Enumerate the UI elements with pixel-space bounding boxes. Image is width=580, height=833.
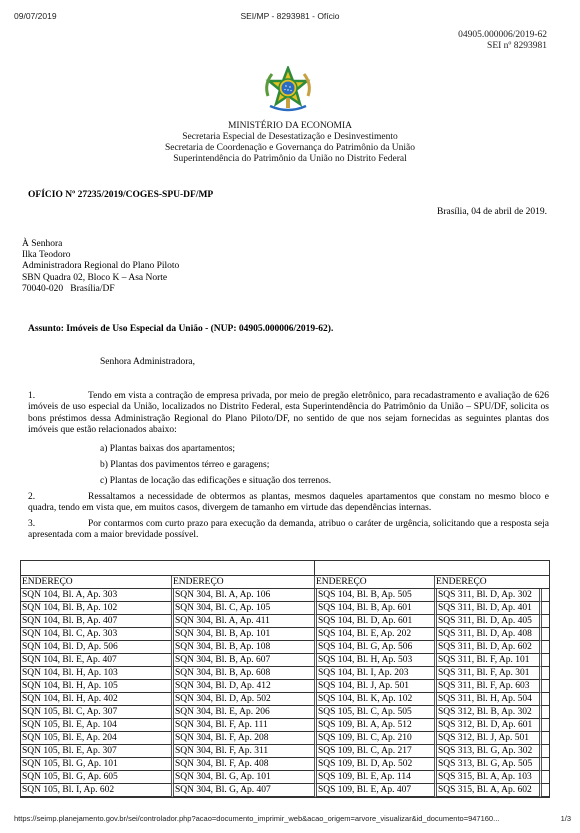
address-cell: SQN 304, Bl. B, Ap. 607 bbox=[171, 654, 314, 667]
table-row: SQN 104, Bl. B, Ap. 102SQN 304, Bl. C, A… bbox=[21, 602, 549, 615]
list-item: c) Plantas de locação das edificações e … bbox=[100, 476, 331, 486]
organization-header: MINISTÉRIO DA ECONOMIA Secretaria Especi… bbox=[0, 121, 580, 165]
paragraph-number: 2. bbox=[28, 492, 88, 503]
address-cell: SQS 109, Bl. C, Ap. 217 bbox=[314, 745, 434, 758]
address-cell: SQS 104, Bl. B, Ap. 601 bbox=[314, 602, 434, 615]
table-row: SQN 104, Bl. A, Ap. 303SQN 304, Bl. A, A… bbox=[21, 589, 549, 602]
table-row-tail bbox=[539, 745, 549, 758]
paragraph-text: Tendo em vista a contração de empresa pr… bbox=[28, 391, 549, 435]
address-cell: SQN 304, Bl. B, Ap. 608 bbox=[171, 667, 314, 680]
address-cell: SQN 105, Bl. G, Ap. 101 bbox=[21, 758, 171, 771]
table-row-tail bbox=[539, 628, 549, 641]
address-cell: SQN 104, Bl. E, Ap. 407 bbox=[21, 654, 171, 667]
subject-text: Imóveis de Uso Especial da União - (NUP:… bbox=[64, 324, 333, 334]
table-row-tail bbox=[539, 771, 549, 784]
address-cell: SQS 109, Bl. D, Ap. 502 bbox=[314, 758, 434, 771]
table-row: SQN 105, Bl. G, Ap. 605SQN 304, Bl. G, A… bbox=[21, 771, 549, 784]
subject-label: Assunto: bbox=[28, 324, 64, 334]
table-row: SQN 104, Bl. H, Ap. 402SQN 304, Bl. D, A… bbox=[21, 693, 549, 706]
address-cell: SQN 104, Bl. C, Ap. 303 bbox=[21, 628, 171, 641]
address-cell: SQS 313, Bl. G, Ap. 505 bbox=[434, 758, 539, 771]
address-table-container: ENDEREÇO ENDEREÇO ENDEREÇO ENDEREÇO SQN … bbox=[20, 560, 548, 798]
table-row-tail bbox=[539, 732, 549, 745]
table-row-tail bbox=[539, 641, 549, 654]
table-row-tail bbox=[539, 667, 549, 680]
org-superintendence: Superintendência do Patrimônio da União … bbox=[0, 154, 580, 165]
address-cell: SQN 104, Bl. B, Ap. 102 bbox=[21, 602, 171, 615]
recipient-address: À Senhora Ilka Teodoro Administradora Re… bbox=[22, 239, 179, 295]
address-cell: SQN 104, Bl. A, Ap. 303 bbox=[21, 589, 171, 602]
column-header: ENDEREÇO bbox=[434, 576, 549, 589]
address-cell: SQS 315, Bl. A, Ap. 103 bbox=[434, 771, 539, 784]
address-cell: SQS 311, Bl. F, Ap. 603 bbox=[434, 680, 539, 693]
address-cell: SQS 311, Bl. F, Ap. 301 bbox=[434, 667, 539, 680]
org-coordination: Secretaria de Coordenação e Governança d… bbox=[0, 143, 580, 154]
process-number: 04905.000006/2019-62 bbox=[458, 30, 547, 41]
table-row: SQN 105, Bl. E, Ap. 204SQN 304, Bl. F, A… bbox=[21, 732, 549, 745]
table-row: SQN 104, Bl. C, Ap. 303SQN 304, Bl. B, A… bbox=[21, 628, 549, 641]
print-header: 09/07/2019 SEI/MP - 8293981 - Ofício bbox=[0, 11, 580, 23]
address-cell: SQS 104, Bl. H, Ap. 503 bbox=[314, 654, 434, 667]
address-cell: SQS 104, Bl. J, Ap. 501 bbox=[314, 680, 434, 693]
table-row: SQN 104, Bl. E, Ap. 407SQN 304, Bl. B, A… bbox=[21, 654, 549, 667]
table-blank-row bbox=[21, 561, 549, 576]
address-cell: SQS 311, Bl. F, Ap. 101 bbox=[434, 654, 539, 667]
table-row: SQN 105, Bl. C, Ap. 307SQN 304, Bl. E, A… bbox=[21, 706, 549, 719]
address-cell: SQS 311, Bl. D, Ap. 302 bbox=[434, 589, 539, 602]
address-cell: SQN 304, Bl. A, Ap. 106 bbox=[171, 589, 314, 602]
address-cell: SQS 311, Bl. D, Ap. 602 bbox=[434, 641, 539, 654]
table-row-tail bbox=[539, 693, 549, 706]
address-cell: SQN 304, Bl. B, Ap. 108 bbox=[171, 641, 314, 654]
address-line: Administradora Regional do Plano Piloto bbox=[22, 261, 179, 272]
address-cell: SQN 105, Bl. E, Ap. 104 bbox=[21, 719, 171, 732]
address-cell: SQS 312, Bl. J, Ap. 501 bbox=[434, 732, 539, 745]
address-cell: SQN 304, Bl. G, Ap. 407 bbox=[171, 784, 314, 797]
address-cell: SQS 109, Bl. E, Ap. 114 bbox=[314, 771, 434, 784]
place-date: Brasília, 04 de abril de 2019. bbox=[437, 207, 547, 217]
address-cell: SQS 104, Bl. E, Ap. 202 bbox=[314, 628, 434, 641]
table-row: SQN 104, Bl. H, Ap. 105SQN 304, Bl. D, A… bbox=[21, 680, 549, 693]
paragraph-2: 2.Ressaltamos a necessidade de obtermos … bbox=[28, 492, 549, 515]
paragraph-number: 1. bbox=[28, 391, 88, 402]
page-number: 1/3 bbox=[561, 814, 571, 823]
address-cell: SQN 304, Bl. F, Ap. 208 bbox=[171, 732, 314, 745]
address-cell: SQN 304, Bl. A, Ap. 411 bbox=[171, 615, 314, 628]
table-row-tail bbox=[539, 589, 549, 602]
address-cell: SQS 311, Bl. D, Ap. 405 bbox=[434, 615, 539, 628]
table-row-tail bbox=[539, 758, 549, 771]
greeting: Senhora Administradora, bbox=[100, 357, 195, 367]
column-header: ENDEREÇO bbox=[314, 576, 434, 589]
address-cell: SQS 104, Bl. K, Ap. 102 bbox=[314, 693, 434, 706]
list-item: b) Plantas dos pavimentos térreo e garag… bbox=[100, 460, 269, 470]
oficio-number: OFÍCIO Nº 27235/2019/COGES-SPU-DF/MP bbox=[28, 190, 213, 200]
address-cell: SQN 104, Bl. H, Ap. 103 bbox=[21, 667, 171, 680]
table-row-tail bbox=[539, 615, 549, 628]
address-cell: SQN 105, Bl. C, Ap. 307 bbox=[21, 706, 171, 719]
paragraph-1: 1.Tendo em vista a contração de empresa … bbox=[28, 391, 549, 437]
paragraph-3: 3.Por contarmos com curto prazo para exe… bbox=[28, 519, 549, 542]
address-cell: SQS 104, Bl. B, Ap. 505 bbox=[314, 589, 434, 602]
address-cell: SQN 104, Bl. B, Ap. 407 bbox=[21, 615, 171, 628]
address-cell: SQN 304, Bl. B, Ap. 101 bbox=[171, 628, 314, 641]
address-cell: SQN 304, Bl. E, Ap. 206 bbox=[171, 706, 314, 719]
table-row: SQN 105, Bl. E, Ap. 307SQN 304, Bl. F, A… bbox=[21, 745, 549, 758]
table-row: SQN 104, Bl. D, Ap. 506SQN 304, Bl. B, A… bbox=[21, 641, 549, 654]
address-cell: SQS 109, Bl. A, Ap. 512 bbox=[314, 719, 434, 732]
paragraph-number: 3. bbox=[28, 519, 88, 530]
address-cell: SQS 109, Bl. E, Ap. 407 bbox=[314, 784, 434, 797]
subject: Assunto: Imóveis de Uso Especial da Uniã… bbox=[28, 324, 333, 334]
address-cell: SQN 105, Bl. I, Ap. 602 bbox=[21, 784, 171, 797]
address-line: SBN Quadra 02, Bloco K – Asa Norte bbox=[22, 273, 179, 284]
column-header: ENDEREÇO bbox=[21, 576, 171, 589]
table-row-tail bbox=[539, 602, 549, 615]
address-cell: SQS 311, Bl. D, Ap. 408 bbox=[434, 628, 539, 641]
table-row-tail bbox=[539, 719, 549, 732]
document-reference: 04905.000006/2019-62 SEI nº 8293981 bbox=[458, 30, 547, 52]
address-table: ENDEREÇO ENDEREÇO ENDEREÇO ENDEREÇO SQN … bbox=[20, 560, 550, 798]
org-secretariat: Secretaria Especial de Desestatização e … bbox=[0, 132, 580, 143]
address-cell: SQS 104, Bl. D, Ap. 601 bbox=[314, 615, 434, 628]
column-header: ENDEREÇO bbox=[171, 576, 314, 589]
address-line: 70040-020 Brasília/DF bbox=[22, 284, 179, 295]
table-row: SQN 104, Bl. H, Ap. 103SQN 304, Bl. B, A… bbox=[21, 667, 549, 680]
brazil-coat-of-arms-icon bbox=[262, 66, 314, 116]
address-cell: SQN 304, Bl. G, Ap. 101 bbox=[171, 771, 314, 784]
list-item: a) Plantas baixas dos apartamentos; bbox=[100, 444, 235, 454]
address-cell: SQN 304, Bl. D, Ap. 502 bbox=[171, 693, 314, 706]
address-cell: SQN 304, Bl. F, Ap. 311 bbox=[171, 745, 314, 758]
address-cell: SQS 311, Bl. D, Ap. 401 bbox=[434, 602, 539, 615]
address-cell: SQN 304, Bl. F, Ap. 408 bbox=[171, 758, 314, 771]
address-cell: SQN 104, Bl. D, Ap. 506 bbox=[21, 641, 171, 654]
table-row: SQN 105, Bl. G, Ap. 101SQN 304, Bl. F, A… bbox=[21, 758, 549, 771]
print-url: https://seimp.planejamento.gov.br/sei/co… bbox=[14, 814, 499, 823]
address-cell: SQN 105, Bl. G, Ap. 605 bbox=[21, 771, 171, 784]
table-row-tail bbox=[539, 654, 549, 667]
address-cell: SQN 105, Bl. E, Ap. 204 bbox=[21, 732, 171, 745]
address-cell: SQN 304, Bl. D, Ap. 412 bbox=[171, 680, 314, 693]
address-cell: SQS 313, Bl. G, Ap. 302 bbox=[434, 745, 539, 758]
table-header-row: ENDEREÇO ENDEREÇO ENDEREÇO ENDEREÇO bbox=[21, 576, 549, 589]
address-cell: SQN 104, Bl. H, Ap. 402 bbox=[21, 693, 171, 706]
table-row-tail bbox=[539, 784, 549, 797]
table-row-tail bbox=[539, 706, 549, 719]
address-cell: SQS 312, Bl. B, Ap. 302 bbox=[434, 706, 539, 719]
address-cell: SQS 311, Bl. H, Ap. 504 bbox=[434, 693, 539, 706]
address-cell: SQN 304, Bl. F, Ap. 111 bbox=[171, 719, 314, 732]
paragraph-text: Por contarmos com curto prazo para execu… bbox=[28, 519, 549, 540]
address-cell: SQS 109, Bl. C, Ap. 210 bbox=[314, 732, 434, 745]
print-title: SEI/MP - 8293981 - Ofício bbox=[0, 11, 580, 21]
address-cell: SQS 104, Bl. G, Ap. 506 bbox=[314, 641, 434, 654]
address-cell: SQN 304, Bl. C, Ap. 105 bbox=[171, 602, 314, 615]
address-cell: SQS 312, Bl. D, Ap. 601 bbox=[434, 719, 539, 732]
address-line: Ilka Teodoro bbox=[22, 250, 179, 261]
table-row: SQN 105, Bl. E, Ap. 104SQN 304, Bl. F, A… bbox=[21, 719, 549, 732]
table-row: SQN 105, Bl. I, Ap. 602SQN 304, Bl. G, A… bbox=[21, 784, 549, 797]
address-cell: SQS 104, Bl. I, Ap. 203 bbox=[314, 667, 434, 680]
address-cell: SQN 105, Bl. E, Ap. 307 bbox=[21, 745, 171, 758]
sei-number: SEI nº 8293981 bbox=[458, 41, 547, 52]
table-row-tail bbox=[539, 680, 549, 693]
address-cell: SQS 315, Bl. A, Ap. 602 bbox=[434, 784, 539, 797]
address-line: À Senhora bbox=[22, 239, 179, 250]
paragraph-text: Ressaltamos a necessidade de obtermos as… bbox=[28, 492, 549, 513]
table-row: SQN 104, Bl. B, Ap. 407SQN 304, Bl. A, A… bbox=[21, 615, 549, 628]
org-ministry: MINISTÉRIO DA ECONOMIA bbox=[0, 121, 580, 132]
address-cell: SQN 104, Bl. H, Ap. 105 bbox=[21, 680, 171, 693]
address-cell: SQS 105, Bl. C, Ap. 505 bbox=[314, 706, 434, 719]
